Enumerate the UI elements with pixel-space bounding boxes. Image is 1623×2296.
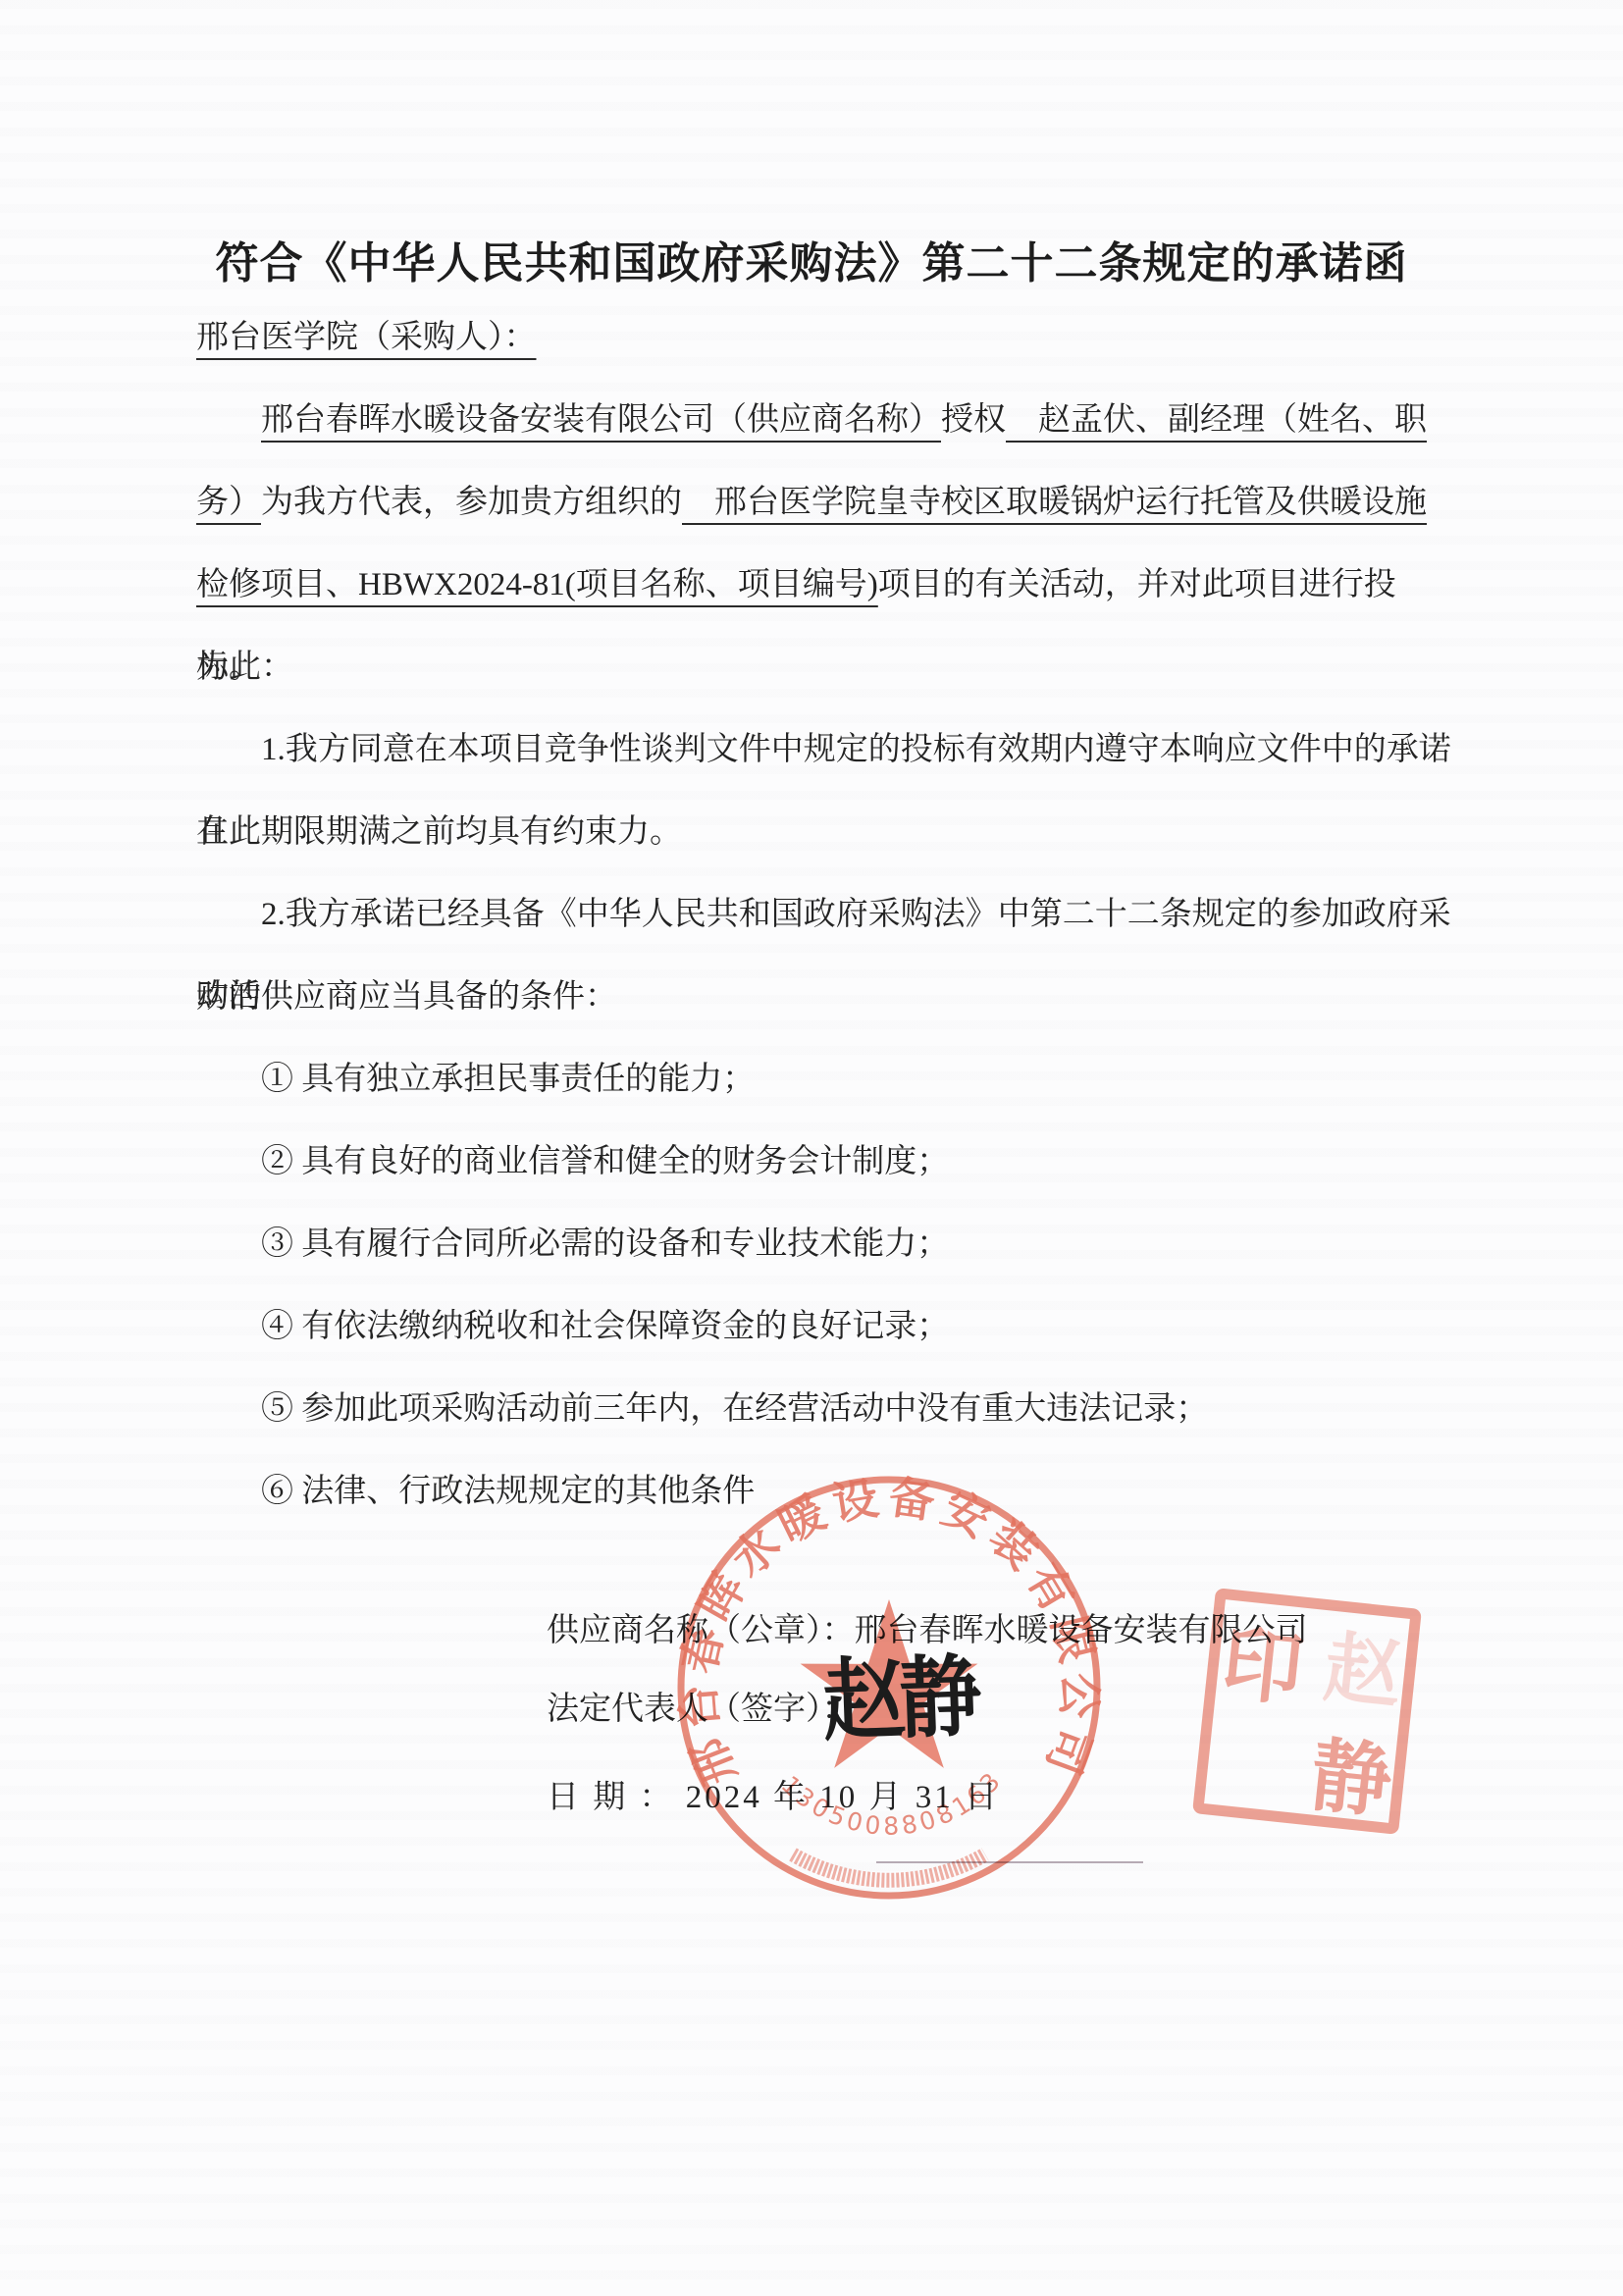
statement2-text2: 动的供应商应当具备的条件： [196,979,617,1015]
addressee-text: 邢台医学院（采购人）： [196,320,537,355]
condition-item-2: ② 具有良好的商业信誉和健全的财务会计制度； [196,1121,1452,1203]
statement1-text2: 在此期限期满之前均具有约束力。 [196,814,682,850]
agent-name-blank-cont: 务） [196,485,261,520]
document-page: 符合《中华人民共和国政府采购法》第二十二条规定的承诺函 邢台医学院（采购人）： … [0,0,1623,2296]
square-seal-char-zhao: 赵 [1320,1625,1405,1718]
condition-item-5: ⑤ 参加此项采购活动前三年内，在经营活动中没有重大违法记录； [196,1368,1452,1450]
forthis-text: 为此： [196,650,293,685]
condition-text-1: ① 具有独立承担民事责任的能力； [261,1062,755,1097]
square-seal-char-yin: 印 [1218,1619,1307,1716]
statement2-line1: 2.我方承诺已经具备《中华人民共和国政府采购法》中第二十二条规定的参加政府采购活 [196,873,1452,956]
condition-text-3: ③ 具有履行合同所必需的设备和专业技术能力； [261,1226,949,1262]
project-name-blank-cont: 检修项目、HBWX2024-81(项目名称、项目编号) [196,567,878,602]
statement1-line1: 1.我方同意在本项目竞争性谈判文件中规定的投标有效期内遵守本响应文件中的承诺且 [196,708,1452,791]
para1-plain-1: 授权 [941,402,1006,438]
seal-microtext-band [793,1854,985,1880]
statement1-line2: 在此期限期满之前均具有约束力。 [196,791,1452,873]
para1-plain-2: 为我方代表，参加贵方组织的 [261,485,682,520]
condition-text-5: ⑤ 参加此项采购活动前三年内，在经营活动中没有重大违法记录； [261,1391,1208,1427]
condition-item-1: ① 具有独立承担民事责任的能力； [196,1038,1452,1121]
page-title: 符合《中华人民共和国政府采购法》第二十二条规定的承诺函 [0,228,1623,290]
condition-item-4: ④ 有依法缴纳税收和社会保障资金的良好记录； [196,1285,1452,1368]
project-name-blank: 邢台医学院皇寺校区取暖锅炉运行托管及供暖设施 [682,485,1427,520]
para1-line1: 邢台春晖水暖设备安装有限公司（供应商名称）授权 赵孟伏、副经理（姓名、职 [196,379,1452,461]
para1-line3: 检修项目、HBWX2024-81(项目名称、项目编号)项目的有关活动，并对此项目… [196,544,1452,626]
condition-item-3: ③ 具有履行合同所必需的设备和专业技术能力； [196,1203,1452,1285]
forthis-line: 为此： [196,626,1452,708]
agent-name-blank: 赵孟伏、副经理（姓名、职 [1006,402,1427,438]
seal-number-text: 1305008808163 [776,1764,1009,1841]
personal-square-seal: 印 赵 静 [1187,1583,1427,1840]
square-seal-char-jing: 静 [1306,1731,1395,1828]
addressee-line: 邢台医学院（采购人）： [196,296,1452,379]
supplier-name-blank: 邢台春晖水暖设备安装有限公司（供应商名称） [261,402,941,438]
handwritten-signature: 赵静 [820,1625,977,1758]
document-body: 邢台医学院（采购人）： 邢台春晖水暖设备安装有限公司（供应商名称）授权 赵孟伏、… [196,296,1452,1533]
statement2-line2: 动的供应商应当具备的条件： [196,956,1452,1038]
condition-text-4: ④ 有依法缴纳税收和社会保障资金的良好记录； [261,1309,949,1344]
svg-text:1305008808163: 1305008808163 [776,1764,1009,1841]
para1-line2: 务）为我方代表，参加贵方组织的 邢台医学院皇寺校区取暖锅炉运行托管及供暖设施 [196,461,1452,544]
condition-text-2: ② 具有良好的商业信誉和健全的财务会计制度； [261,1144,949,1179]
